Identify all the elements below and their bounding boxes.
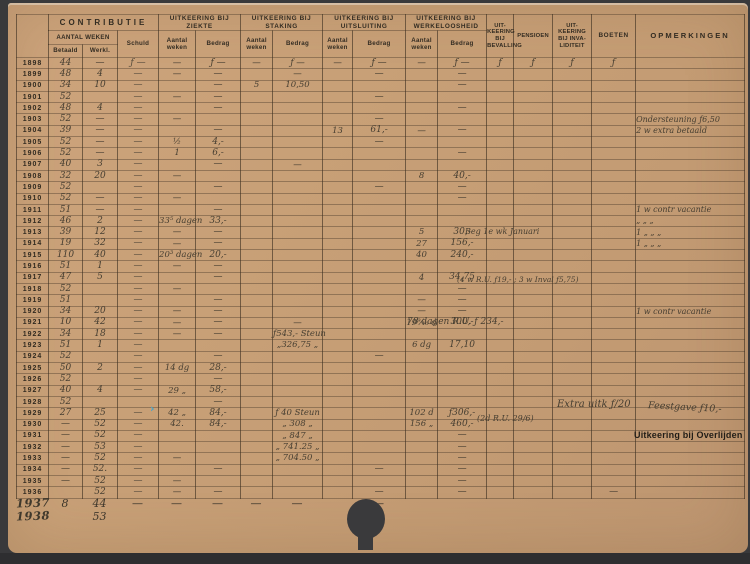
value-cell: 52 [83, 453, 118, 464]
value-cell [273, 91, 323, 102]
value-cell: 52. [83, 464, 118, 475]
value-cell: — [196, 317, 241, 328]
value-cell: 34 [49, 306, 83, 317]
value-cell: 17,10 [438, 340, 487, 351]
col-header-bevalling: UIT-KEERING BIJ BEVALLING [487, 15, 514, 58]
value-cell: 51 [49, 340, 83, 351]
table-row: 1933—52——„ 704.50 „— [17, 453, 745, 464]
year-cell: 1908 [17, 170, 49, 181]
value-cell: ƒ543,- Steun [273, 329, 323, 340]
punch-hole-slit [358, 530, 373, 550]
value-cell: ƒ — [273, 58, 323, 69]
value-cell: — [406, 295, 438, 306]
table-row: 19223418———ƒ543,- Steun [17, 329, 745, 340]
year-cell: 1909 [17, 182, 49, 193]
value-cell [592, 193, 636, 204]
value-cell [353, 442, 406, 453]
value-cell: 40 [406, 250, 438, 261]
value-cell [636, 182, 745, 193]
value-cell [592, 317, 636, 328]
value-cell [438, 329, 487, 340]
value-cell [514, 204, 553, 215]
year-cell: 1934 [17, 464, 49, 475]
value-cell [353, 283, 406, 294]
value-cell: — [118, 453, 159, 464]
value-cell [323, 80, 353, 91]
value-cell [592, 182, 636, 193]
value-cell [487, 374, 514, 385]
value-cell [406, 329, 438, 340]
col-header-contributie: CONTRIBUTIE [49, 15, 159, 31]
value-cell: — [159, 58, 196, 69]
value-cell: 40,- [438, 170, 487, 181]
value-cell [514, 317, 553, 328]
value-cell: 39 [49, 227, 83, 238]
value-cell [240, 510, 272, 523]
year-cell: 1912 [17, 216, 49, 227]
record-card: CONTRIBUTIE UITKEERING BIJ ZIEKTE UITKEE… [8, 3, 748, 553]
value-cell [273, 396, 323, 407]
table-row: 190952———— [17, 182, 745, 193]
value-cell [322, 497, 352, 510]
value-cell [514, 137, 553, 148]
value-cell: — [118, 363, 159, 374]
value-cell: 20³ dagen [159, 250, 196, 261]
blue-pencil-mark: › [150, 402, 155, 415]
value-cell [514, 464, 553, 475]
value-cell: — [118, 374, 159, 385]
value-cell [241, 464, 273, 475]
value-cell: — [159, 227, 196, 238]
value-cell [159, 464, 196, 475]
value-cell [273, 137, 323, 148]
value-cell: 34 [49, 329, 83, 340]
value-cell [241, 250, 273, 261]
value-cell [323, 91, 353, 102]
value-cell [514, 125, 553, 136]
value-cell [553, 363, 592, 374]
value-cell: — [240, 497, 272, 510]
table-row: 190652——16,-— [17, 148, 745, 159]
value-cell [241, 374, 273, 385]
value-cell: 52 [49, 182, 83, 193]
annotation-dagen-1922: 78 dagen R.U. ƒ 234,- [407, 317, 504, 327]
value-cell [636, 453, 745, 464]
table-row: 19083220——840,- [17, 170, 745, 181]
value-cell: 34 [49, 80, 83, 91]
value-cell [636, 340, 745, 351]
value-cell [353, 227, 406, 238]
value-cell [636, 283, 745, 294]
value-cell: — [196, 295, 241, 306]
value-cell [438, 261, 487, 272]
value-cell [353, 340, 406, 351]
value-cell [514, 182, 553, 193]
value-cell [241, 442, 273, 453]
value-cell: 5 [83, 272, 118, 283]
value-cell [514, 453, 553, 464]
value-cell [636, 475, 745, 486]
value-cell [406, 283, 438, 294]
value-cell [83, 91, 118, 102]
value-cell [323, 170, 353, 181]
value-cell [353, 159, 406, 170]
value-cell [406, 374, 438, 385]
year-cell: 1920 [17, 306, 49, 317]
value-cell [48, 510, 82, 523]
value-cell: — [118, 148, 159, 159]
value-cell [514, 295, 553, 306]
value-cell: — [438, 295, 487, 306]
value-cell [636, 103, 745, 114]
value-cell: — [118, 204, 159, 215]
table-row: 1917475——434,75 [17, 272, 745, 283]
value-cell [406, 114, 438, 125]
value-cell [241, 69, 273, 80]
subheader-werkeloosheid-aantal: Aantal weken [406, 31, 438, 58]
value-cell: — [406, 125, 438, 136]
value-cell: — [117, 497, 158, 510]
value-cell: 156,- [438, 238, 487, 249]
value-cell: — [196, 182, 241, 193]
value-cell [323, 283, 353, 294]
value-cell [241, 351, 273, 362]
value-cell [159, 103, 196, 114]
value-cell: — [196, 204, 241, 215]
value-cell [406, 442, 438, 453]
value-cell: — [241, 58, 273, 69]
value-cell [273, 351, 323, 362]
value-cell [241, 340, 273, 351]
value-cell [241, 204, 273, 215]
value-cell [273, 374, 323, 385]
value-cell [636, 159, 745, 170]
value-cell: — [118, 69, 159, 80]
value-cell [159, 396, 196, 407]
table-row: 19211042————19⁹⁄₁₀ d300,- [17, 317, 745, 328]
value-cell [438, 385, 487, 396]
value-cell [353, 419, 406, 430]
value-cell [553, 216, 592, 227]
value-cell [196, 453, 241, 464]
value-cell: — [49, 419, 83, 430]
value-cell: — [438, 306, 487, 317]
value-cell [553, 238, 592, 249]
value-cell [273, 475, 323, 486]
value-cell [553, 227, 592, 238]
value-cell: — [118, 250, 159, 261]
value-cell: 156 „ [406, 419, 438, 430]
value-cell: ƒ — [118, 58, 159, 69]
value-cell [159, 80, 196, 91]
value-cell: — [118, 216, 159, 227]
value-cell [323, 103, 353, 114]
value-cell [514, 340, 553, 351]
value-cell: — [196, 396, 241, 407]
value-cell: 40 [49, 159, 83, 170]
value-cell [241, 475, 273, 486]
value-cell [353, 170, 406, 181]
table-row: 19141932———27156,-1 „ „ „ [17, 238, 745, 249]
value-cell [553, 340, 592, 351]
value-cell: 51 [49, 261, 83, 272]
value-cell [241, 306, 273, 317]
value-cell [83, 374, 118, 385]
value-cell [553, 306, 592, 317]
value-cell: 27 [49, 408, 83, 419]
value-cell: 4 [83, 385, 118, 396]
value-cell [241, 125, 273, 136]
year-cell: 1924 [17, 351, 49, 362]
value-cell [83, 351, 118, 362]
value-cell: — [49, 475, 83, 486]
value-cell [323, 227, 353, 238]
value-cell [487, 69, 514, 80]
value-cell: ƒ — [196, 58, 241, 69]
value-cell [353, 306, 406, 317]
value-cell [514, 114, 553, 125]
value-cell [636, 351, 745, 362]
value-cell: 42. [159, 419, 196, 430]
value-cell [196, 193, 241, 204]
value-cell [553, 182, 592, 193]
value-cell [196, 340, 241, 351]
value-cell: ƒ [514, 58, 553, 69]
value-cell: — [196, 329, 241, 340]
value-cell [636, 250, 745, 261]
value-cell [553, 91, 592, 102]
value-cell [353, 238, 406, 249]
value-cell [591, 510, 635, 523]
value-cell [553, 430, 592, 441]
value-cell [553, 250, 592, 261]
value-cell [438, 91, 487, 102]
value-cell: ƒ [592, 58, 636, 69]
value-cell [514, 442, 553, 453]
value-cell: 51 [49, 295, 83, 306]
value-cell [323, 261, 353, 272]
value-cell [514, 148, 553, 159]
value-cell: — [273, 159, 323, 170]
value-cell [514, 396, 553, 407]
value-cell: ƒ — [438, 58, 487, 69]
value-cell [83, 295, 118, 306]
value-cell: 10,50 [273, 80, 323, 91]
value-cell [487, 464, 514, 475]
value-cell: — [118, 283, 159, 294]
value-cell [553, 170, 592, 181]
value-cell: 4 [83, 103, 118, 114]
value-cell [195, 510, 240, 523]
value-cell: — [49, 464, 83, 475]
value-cell [273, 250, 323, 261]
value-cell: — [118, 442, 159, 453]
value-cell: — [196, 238, 241, 249]
value-cell [353, 80, 406, 91]
value-cell: — [159, 170, 196, 181]
value-cell [553, 385, 592, 396]
value-cell: — [118, 419, 159, 430]
value-cell: 42 [83, 317, 118, 328]
value-cell: — [118, 103, 159, 114]
table-row: 191052———— [17, 193, 745, 204]
value-cell: „ 704.50 „ [273, 453, 323, 464]
value-cell [241, 148, 273, 159]
value-cell: 25 [83, 408, 118, 419]
value-cell [159, 159, 196, 170]
value-cell [553, 148, 592, 159]
value-cell [159, 295, 196, 306]
value-cell: — [438, 125, 487, 136]
value-cell [487, 396, 514, 407]
value-cell: 52 [49, 283, 83, 294]
value-cell: 53 [83, 442, 118, 453]
value-cell: — [353, 69, 406, 80]
value-cell: ƒ [553, 58, 592, 69]
value-cell: — [118, 182, 159, 193]
value-cell [553, 295, 592, 306]
value-cell: 27 [406, 238, 438, 249]
value-cell [514, 216, 553, 227]
value-cell [553, 475, 592, 486]
value-cell: — [118, 137, 159, 148]
value-cell: 20 [83, 306, 118, 317]
value-cell [272, 510, 322, 523]
value-cell [592, 159, 636, 170]
value-cell [241, 419, 273, 430]
year-cell: 1914 [17, 238, 49, 249]
value-cell [553, 137, 592, 148]
value-cell: — [273, 69, 323, 80]
subheader-werkl: Werkl. [83, 45, 118, 58]
value-cell [273, 238, 323, 249]
value-cell [159, 182, 196, 193]
year-cell: 1919 [17, 295, 49, 306]
value-cell [514, 475, 553, 486]
value-cell [636, 374, 745, 385]
value-cell: — [353, 182, 406, 193]
value-cell: 4 [406, 272, 438, 283]
col-header-werkeloosheid: UITKEERING BIJ WERKELOOSHEID [406, 15, 487, 31]
value-cell [406, 148, 438, 159]
value-cell [487, 250, 514, 261]
scan-background-edge [0, 553, 750, 564]
value-cell [159, 125, 196, 136]
value-cell: — [159, 283, 196, 294]
value-cell [353, 363, 406, 374]
value-cell [353, 216, 406, 227]
value-cell [241, 430, 273, 441]
value-cell: „ „ „ [636, 216, 745, 227]
value-cell [323, 295, 353, 306]
table-row: 1925502—14 dg28,- [17, 363, 745, 374]
value-cell [406, 103, 438, 114]
value-cell [323, 250, 353, 261]
value-cell: — [273, 317, 323, 328]
year-cell: 1938 [16, 509, 48, 523]
value-cell: — [438, 442, 487, 453]
value-cell [273, 103, 323, 114]
value-cell: 1 „ „ „ [636, 227, 745, 238]
value-cell: — [118, 238, 159, 249]
value-cell: 2 [83, 216, 118, 227]
value-cell: 61,- [353, 125, 406, 136]
value-cell [159, 204, 196, 215]
value-cell: — [438, 182, 487, 193]
value-cell [636, 464, 745, 475]
value-cell [553, 103, 592, 114]
value-cell [636, 317, 745, 328]
value-cell [406, 137, 438, 148]
col-header-boeten: BOETEN [592, 15, 636, 58]
value-cell [241, 238, 273, 249]
value-cell: — [118, 261, 159, 272]
value-cell: — [118, 430, 159, 441]
value-cell [196, 475, 241, 486]
value-cell: — [118, 385, 159, 396]
value-cell [487, 193, 514, 204]
value-cell [406, 91, 438, 102]
table-row: 192652—— [17, 374, 745, 385]
value-cell [438, 374, 487, 385]
value-cell: — [353, 91, 406, 102]
value-cell [592, 69, 636, 80]
value-cell [487, 125, 514, 136]
value-cell: — [159, 114, 196, 125]
value-cell [592, 419, 636, 430]
table-row: 192452——— [17, 351, 745, 362]
value-cell [592, 125, 636, 136]
value-cell [323, 238, 353, 249]
value-cell [353, 103, 406, 114]
col-header-uitsluiting: UITKEERING BIJ UITSLUITING [323, 15, 406, 31]
year-cell: 1923 [17, 340, 49, 351]
value-cell: 32 [49, 170, 83, 181]
value-cell [353, 374, 406, 385]
value-cell [553, 442, 592, 453]
value-cell: 102 d [406, 408, 438, 419]
value-cell [438, 363, 487, 374]
table-row: 191852——— [17, 283, 745, 294]
value-cell [159, 430, 196, 441]
value-cell [323, 329, 353, 340]
value-cell: — [353, 351, 406, 362]
value-cell [241, 363, 273, 374]
value-cell: 110 [49, 250, 83, 261]
value-cell [196, 430, 241, 441]
value-cell [323, 137, 353, 148]
value-cell: — [118, 464, 159, 475]
value-cell: 52 [49, 193, 83, 204]
value-cell: — [159, 329, 196, 340]
value-cell: 4 [83, 69, 118, 80]
value-cell: 84,- [196, 408, 241, 419]
value-cell [323, 317, 353, 328]
year-cell: 1927 [17, 385, 49, 396]
value-cell [487, 159, 514, 170]
value-cell: 8 [48, 497, 82, 510]
value-cell [514, 385, 553, 396]
value-cell [635, 510, 744, 523]
value-cell [438, 204, 487, 215]
value-cell: 10 [83, 80, 118, 91]
value-cell: 50 [49, 363, 83, 374]
value-cell [241, 317, 273, 328]
value-cell [406, 216, 438, 227]
value-cell [592, 475, 636, 486]
value-cell [636, 419, 745, 430]
value-cell [405, 497, 437, 510]
